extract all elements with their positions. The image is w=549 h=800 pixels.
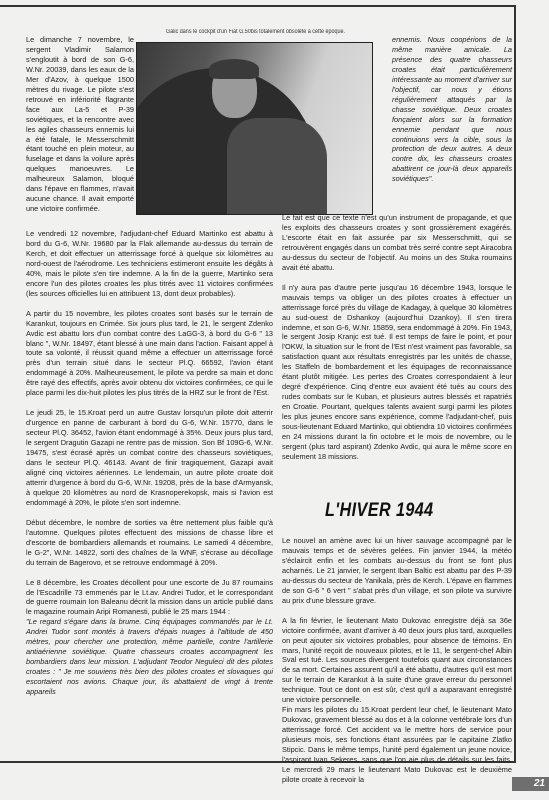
pilot-body-shape: [227, 118, 327, 215]
page-number: 21: [512, 777, 549, 791]
paragraph-propagande: Le fait est que ce texte n'est qu'un ins…: [282, 213, 512, 273]
page-frame-right: [514, 5, 516, 761]
right-column: Le fait est que ce texte n'est qu'un ins…: [282, 213, 512, 472]
intro-column: Le dimanche 7 novembre, le sergent Vladi…: [26, 35, 134, 214]
page-frame-top: [0, 5, 516, 7]
pilot-hair-shape: [209, 59, 259, 79]
intro-paragraph: Le dimanche 7 novembre, le sergent Vladi…: [26, 35, 134, 214]
paragraph-jeudi-25: Le jeudi 25, le 15.Kroat perd un autre G…: [26, 408, 273, 508]
paragraph-nouvel-an: Le nouvel an amène avec lui un hiver sau…: [282, 536, 512, 606]
quote-continuation: ennemis. Nous coopérions de la même mani…: [392, 35, 512, 184]
pilot-cockpit-photo: [136, 42, 373, 215]
paragraph-fevrier: A la fin février, le lieutenant Mato Duk…: [282, 616, 512, 706]
right-column-lower: Le nouvel an amène avec lui un hiver sau…: [282, 536, 512, 785]
right-top-column: ennemis. Nous coopérions de la même mani…: [392, 35, 512, 184]
paragraph-16-decembre: Il n'y aura pas d'autre perte jusqu'au 1…: [282, 283, 512, 462]
quote-paragraph: "Le regard s'égare dans la brume. Cinq é…: [26, 617, 273, 697]
paragraph-decembre: Début décembre, le nombre de sorties va …: [26, 518, 273, 568]
left-column: Le vendredi 12 novembre, l'adjudant-chef…: [26, 229, 273, 697]
paragraph-karankut: A partir du 15 novembre, les pilotes cro…: [26, 309, 273, 399]
paragraph-martinko: Le vendredi 12 novembre, l'adjudant-chef…: [26, 229, 273, 299]
paragraph-fin-mars: Fin mars les pilotes du 15.Kroat perdent…: [282, 705, 512, 785]
section-heading: L'HIVER 1944: [325, 500, 478, 522]
photo-caption: Galic dans le cockpit d'un Fiat G.50bis …: [166, 29, 373, 35]
paragraph-8-decembre: Le 8 décembre, les Croates décollent pou…: [26, 578, 273, 618]
